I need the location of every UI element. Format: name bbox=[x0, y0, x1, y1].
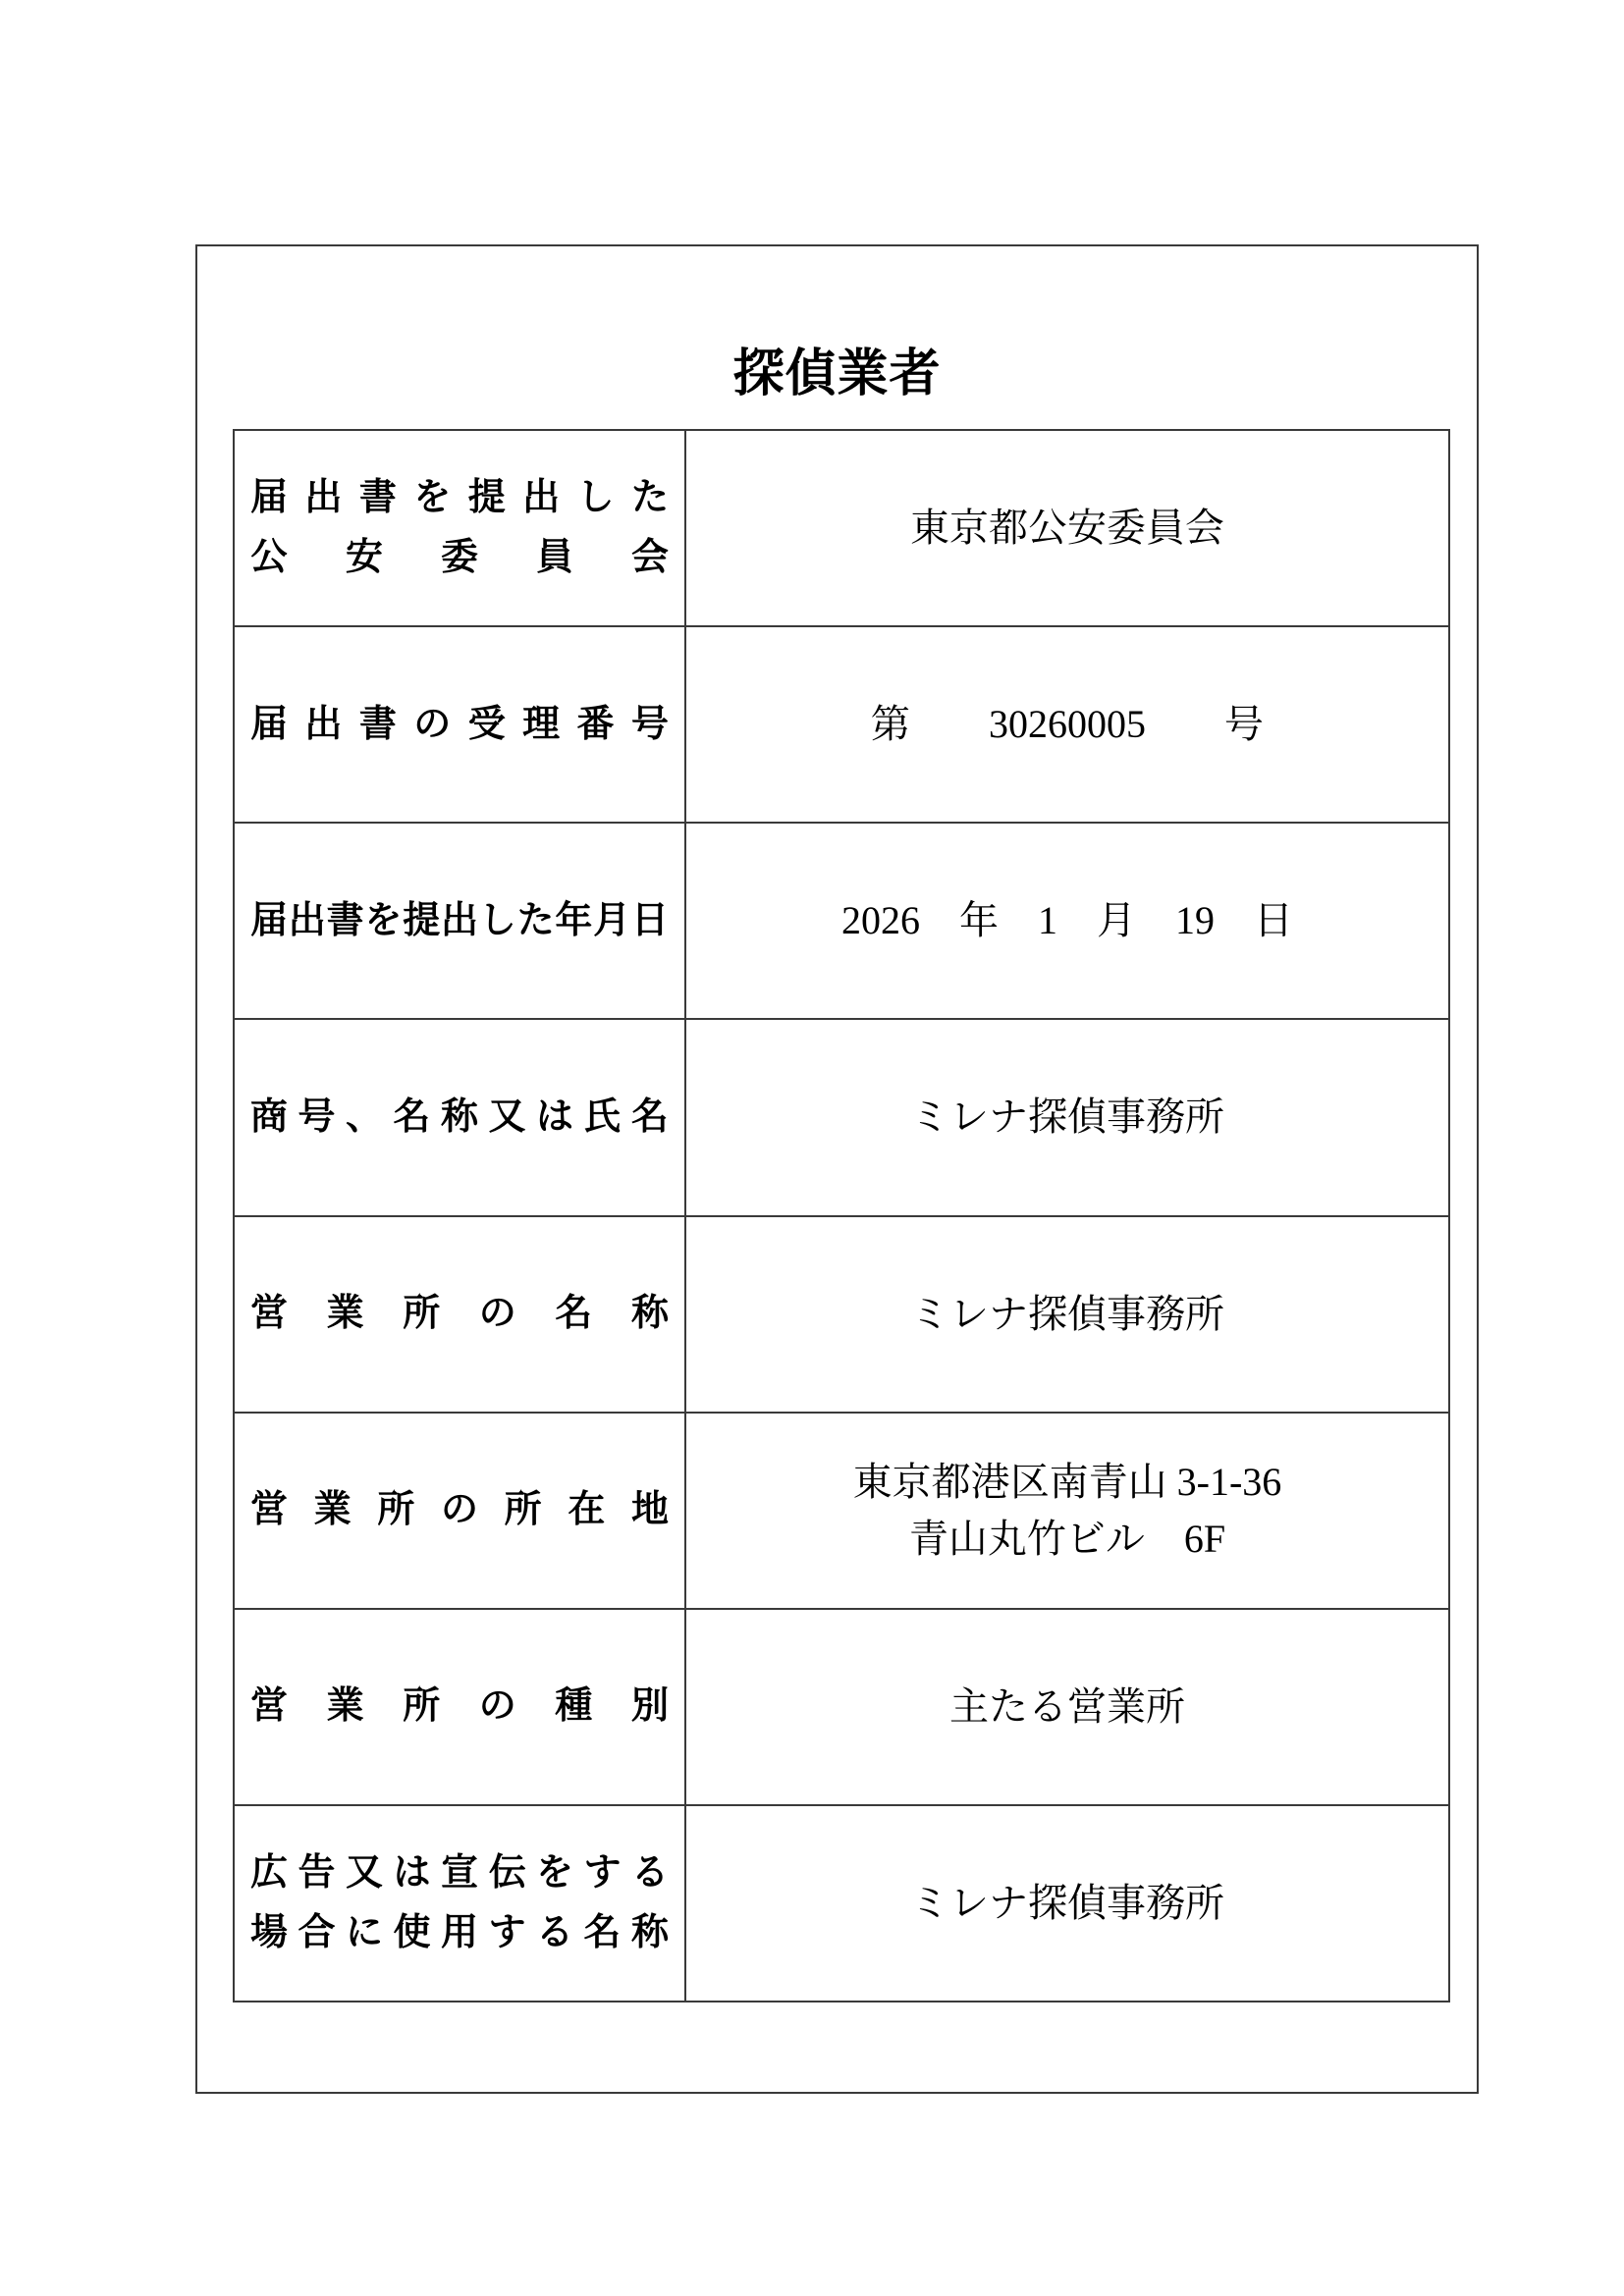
row-value-line: ミレナ探偵事務所 bbox=[706, 1286, 1429, 1343]
row-value-cell: 2026 年 1 月 19 日 bbox=[685, 823, 1449, 1019]
row-label-cell: 営業所の種別 bbox=[234, 1609, 685, 1805]
row-value-line: 青山丸竹ビル 6F bbox=[706, 1511, 1429, 1568]
page-border: 探偵業者 届出書を提出した公安委員会 東京都公安委員会 届出書の受理番号 第 3… bbox=[195, 244, 1479, 2094]
row-value-line: 主たる営業所 bbox=[706, 1679, 1429, 1735]
row-label-cell: 届出書を提出した年月日 bbox=[234, 823, 685, 1019]
row-label-line: 営業所の名称 bbox=[250, 1284, 669, 1344]
row-value-cell: 第 30260005 号 bbox=[685, 626, 1449, 823]
table-row-trade-name: 商号、名称又は氏名 ミレナ探偵事務所 bbox=[234, 1019, 1449, 1215]
row-label-cell: 届出書の受理番号 bbox=[234, 626, 685, 823]
row-value-line: 東京都港区南青山 3-1-36 bbox=[706, 1454, 1429, 1511]
document-title: 探偵業者 bbox=[197, 347, 1477, 402]
row-label-cell: 営業所の所在地 bbox=[234, 1413, 685, 1609]
row-value-cell: ミレナ探偵事務所 bbox=[685, 1216, 1449, 1413]
table-row-receipt-number: 届出書の受理番号 第 30260005 号 bbox=[234, 626, 1449, 823]
row-label-line: 営業所の所在地 bbox=[250, 1480, 669, 1540]
row-value-line: ミレナ探偵事務所 bbox=[706, 1875, 1429, 1932]
row-label-line: 届出書を提出した bbox=[250, 468, 669, 528]
row-label-line: 届出書の受理番号 bbox=[250, 695, 669, 755]
row-label-cell: 広告又は宣伝をする場合に使用する名称 bbox=[234, 1805, 685, 2002]
row-label-line: 場合に使用する名称 bbox=[250, 1903, 669, 1963]
row-label-cell: 商号、名称又は氏名 bbox=[234, 1019, 685, 1215]
row-label-line: 届出書を提出した年月日 bbox=[250, 891, 669, 951]
row-value-cell: 東京都港区南青山 3-1-36青山丸竹ビル 6F bbox=[685, 1413, 1449, 1609]
row-value-line: 東京都公安委員会 bbox=[706, 500, 1429, 557]
table-row-office-address: 営業所の所在地 東京都港区南青山 3-1-36青山丸竹ビル 6F bbox=[234, 1413, 1449, 1609]
row-label-line: 公安委員会 bbox=[250, 528, 669, 588]
registration-table-body: 届出書を提出した公安委員会 東京都公安委員会 届出書の受理番号 第 302600… bbox=[234, 430, 1449, 2002]
row-value-cell: 主たる営業所 bbox=[685, 1609, 1449, 1805]
row-label-cell: 営業所の名称 bbox=[234, 1216, 685, 1413]
table-row-office-type: 営業所の種別 主たる営業所 bbox=[234, 1609, 1449, 1805]
registration-info-table: 届出書を提出した公安委員会 東京都公安委員会 届出書の受理番号 第 302600… bbox=[233, 429, 1450, 2002]
row-value-cell: ミレナ探偵事務所 bbox=[685, 1805, 1449, 2002]
table-row-advertising-name: 広告又は宣伝をする場合に使用する名称 ミレナ探偵事務所 bbox=[234, 1805, 1449, 2002]
table-row-submission-date: 届出書を提出した年月日 2026 年 1 月 19 日 bbox=[234, 823, 1449, 1019]
table-row-office-name: 営業所の名称 ミレナ探偵事務所 bbox=[234, 1216, 1449, 1413]
row-label-line: 商号、名称又は氏名 bbox=[250, 1088, 669, 1148]
table-row-public-safety-commission: 届出書を提出した公安委員会 東京都公安委員会 bbox=[234, 430, 1449, 626]
row-value-line: ミレナ探偵事務所 bbox=[706, 1089, 1429, 1146]
row-label-line: 営業所の種別 bbox=[250, 1677, 669, 1736]
row-value-cell: 東京都公安委員会 bbox=[685, 430, 1449, 626]
row-value-line: 第 30260005 号 bbox=[706, 696, 1429, 753]
row-label-cell: 届出書を提出した公安委員会 bbox=[234, 430, 685, 626]
row-value-cell: ミレナ探偵事務所 bbox=[685, 1019, 1449, 1215]
row-value-line: 2026 年 1 月 19 日 bbox=[706, 892, 1429, 949]
row-label-line: 広告又は宣伝をする bbox=[250, 1843, 669, 1903]
